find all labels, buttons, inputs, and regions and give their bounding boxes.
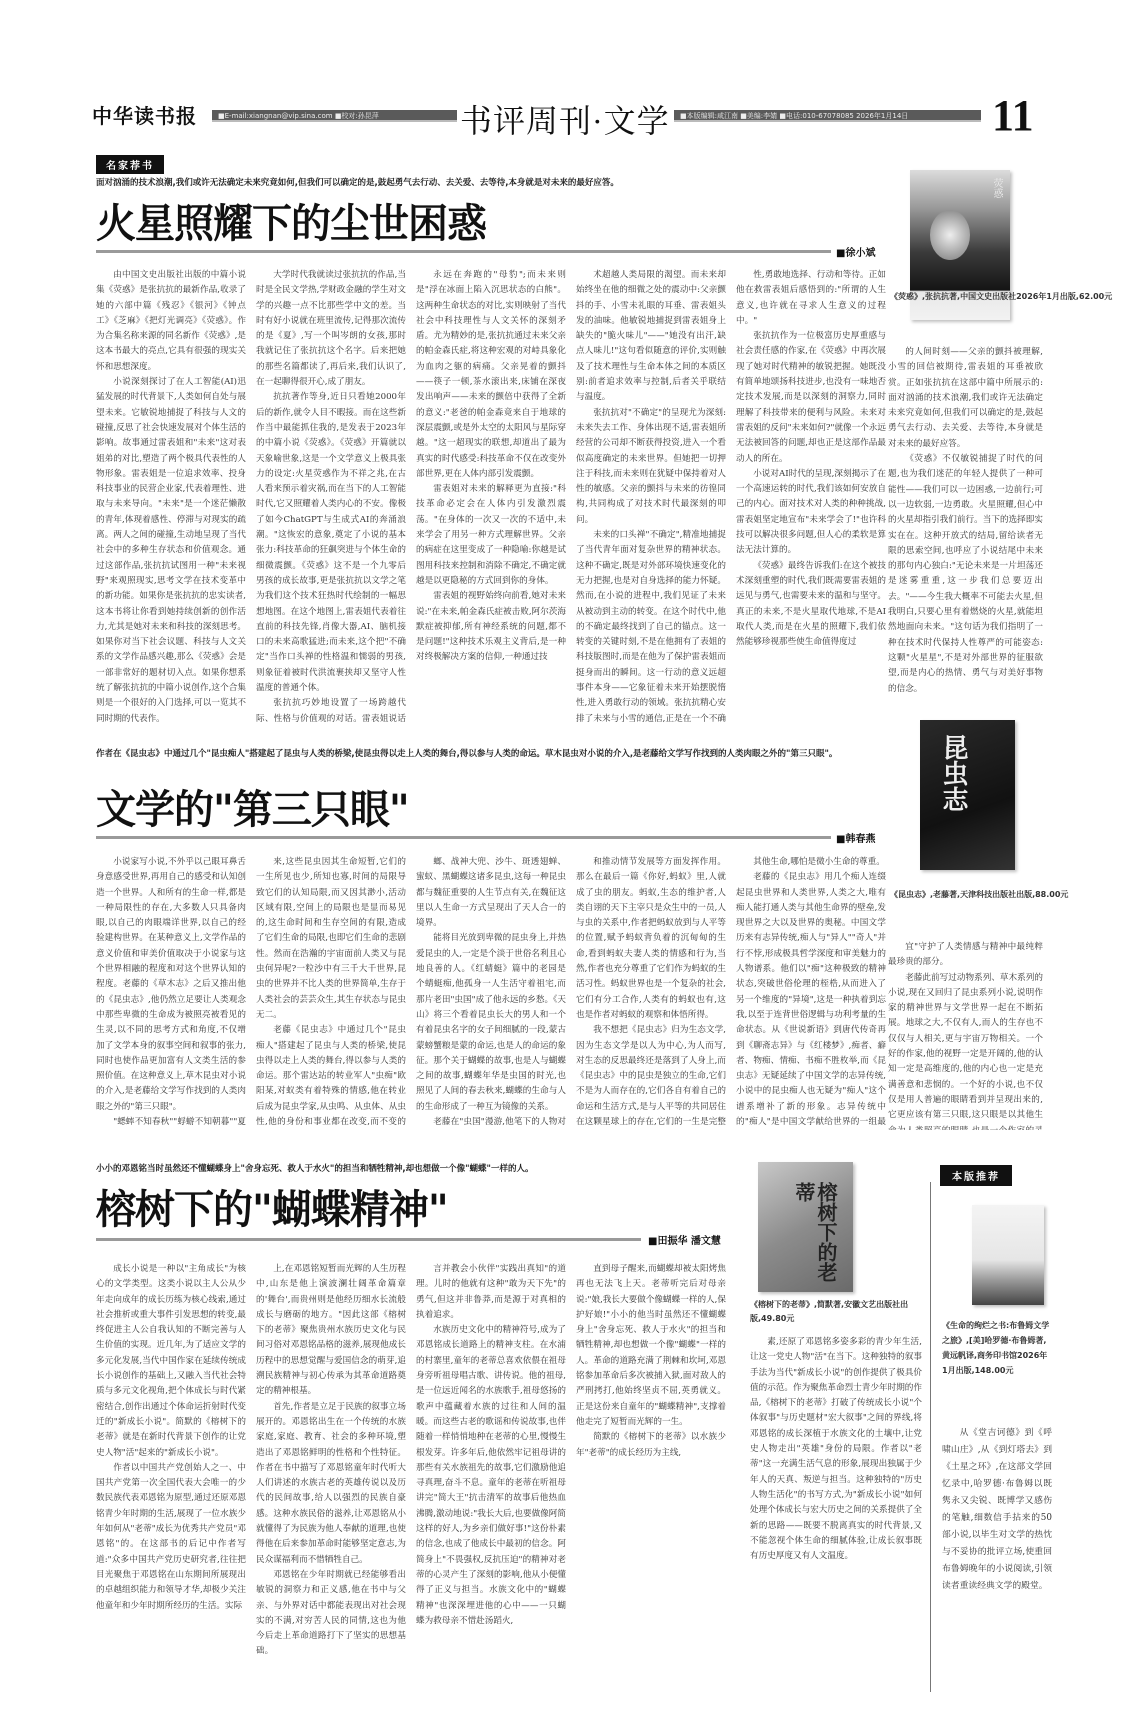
header-info-right: ■本版编辑:咸江南 ■美编:李婧 ■电话:010-67078085 2026年1…	[674, 110, 981, 122]
book-cover-rongshuxia: 榕树下的老蒂	[758, 1162, 853, 1292]
article1-col4: 术超越人类局限的渴望。而未来却始终坐在他的细微之处的震动中:父亲颤抖的手、小雪未…	[576, 268, 726, 723]
article2-body: 小说家写小说,不外乎以己眼耳鼻舌身意感受世界,再用自己的感受和认知创造一个世界。…	[96, 855, 886, 1130]
article1-book-caption: 《荧惑》,张抗抗著,中国文史出版社2026年1月出版,62.00元	[890, 290, 1120, 304]
book-cover-title: 昆虫志	[938, 734, 968, 812]
article3-col3: 言并教会小伙伴"实践出真知"的道理。儿时的他就有这种"敢为天下先"的勇气,但这并…	[416, 1262, 566, 1692]
sidebar-book-caption: 《生命的绚烂之书:布鲁姆文学之旅》,[美]哈罗德·布鲁姆著,黄远帆译,商务印书馆…	[942, 1318, 1052, 1378]
article1-col5: 性,勇敢地选择、行动和等待。正如他在救雷表姐后感悟到的:"所谓的人生意义,也许就…	[736, 268, 886, 723]
article3-body: 成长小说是一种以"主角成长"为核心的文学类型。这类小说以主人公从少年走向成年的成…	[96, 1262, 726, 1692]
article2-col2: 来,这些昆虫因其生命短暂,它们的一生所见也少,所知也寡,时间的局限导致它们的认知…	[256, 855, 406, 1130]
article1-body: 由中国文史出版社出版的中篇小说集《荧惑》是张抗抗的最新作品,收录了她的六部中篇《…	[96, 268, 886, 723]
article3-col5: 素,还原了邓恩铭多姿多彩的青少年生活,让这一党史人物"活"在当下。这种独特的叙事…	[750, 1335, 922, 1692]
header-info-left: ■E-mail:xiangnan@vip.sina.com ■校对:孙昆萍	[212, 110, 457, 122]
article3-byline: ■田振华 潘文慧	[648, 1232, 721, 1247]
book-cover-bloom	[972, 1205, 1044, 1305]
article1-rule	[96, 250, 831, 253]
article1-col1: 由中国文史出版社出版的中篇小说集《荧惑》是张抗抗的最新作品,收录了她的六部中篇《…	[96, 268, 246, 723]
section-title: 书评周刊·文学	[460, 96, 670, 142]
article1-byline: ■徐小斌	[836, 244, 875, 259]
article1-col3: 永远在奔跑的"母豹";而未来则是"浮在冰面上陷入沉思状态的白熊"。这两种生命状态…	[416, 268, 566, 723]
article2-book-caption: 《昆虫志》,老藤著,天津科技出版社出版,88.00元	[890, 888, 1120, 902]
article2-col1: 小说家写小说,不外乎以己眼耳鼻舌身意感受世界,再用自己的感受和认知创造一个世界。…	[96, 855, 246, 1130]
article2-col5: 其他生命,哪怕是微小生命的尊重。老藤的《昆虫志》用几个痴人连缀起昆虫世界和人类世…	[736, 855, 886, 1130]
article3-rule	[96, 1238, 641, 1241]
article2-col3: 螂、战神大兜、沙牛、斑透翅蝉、蜜蚁、黑蝴蝶这诸多昆虫,这每一种昆虫都与魏征重要的…	[416, 855, 566, 1130]
article1-title: 火星照耀下的尘世困惑	[96, 192, 486, 249]
book-cover-kunchongzhi: 昆虫志	[920, 720, 1015, 870]
article2-byline: ■韩春燕	[836, 830, 875, 845]
article1-deck: 面对汹涌的技术浪潮,我们或许无法确定未来究竟如何,但我们可以确定的是,鼓起勇气去…	[96, 177, 796, 190]
book-cover-title: 榕树下的老蒂	[793, 1182, 837, 1292]
page-number: 11	[992, 90, 1034, 141]
article1-col6: 的人间时刻——父亲的颤抖被理解,小雪的回信被期待,雷表姐的耳垂被欣赏。正如张抗抗…	[888, 345, 1043, 723]
article3-book-caption: 《榕树下的老蒂》,简默著,安徽文艺出版社出版,49.80元	[750, 1298, 925, 1326]
article3-col2: 上,在邓恩铭短暂而光辉的人生历程中,山东是他上演波澜壮阔革命篇章的'舞台',而贵…	[256, 1262, 406, 1692]
article2-rule	[96, 836, 831, 839]
book-cover-title: 荧惑	[989, 178, 1004, 198]
newspaper-logo: 中华读书报	[92, 100, 197, 129]
sidebar-text: 从《堂吉诃德》到《呼啸山庄》,从《到灯塔去》到《土星之环》,在这部文学回忆录中,…	[942, 1425, 1052, 1690]
article2-col4: 和推动情节发展等方面发挥作用。那么在最后一篇《你好,蚂蚁》里,人就成了虫的朋友。…	[576, 855, 726, 1130]
article3-title: 榕树下的"蝴蝶精神"	[96, 1178, 448, 1235]
article3-col4: 直到母子醒来,而蝴蝶却被太阳烤焦再也无法飞上天。老蒂听完后对母亲说:"娘,我长大…	[576, 1262, 726, 1692]
article3-deck: 小小的邓恩铭当时虽然还不懂蝴蝶身上"舍身忘死、救人于水火"的担当和牺牲精神,却也…	[96, 1163, 796, 1176]
sidebar-tag: 本版推荐	[940, 1165, 1012, 1186]
masthead: 中华读书报 ■E-mail:xiangnan@vip.sina.com ■校对:…	[92, 96, 1122, 136]
article3-col1: 成长小说是一种以"主角成长"为核心的文学类型。这类小说以主人公从少年走向成年的成…	[96, 1262, 246, 1692]
article2-title: 文学的"第三只眼"	[96, 778, 409, 835]
article1-col2: 大学时代我就读过张抗抗的作品,当时是全民文学热,学财政金融的学生对文学的兴趣一点…	[256, 268, 406, 723]
section-tag: 名家荐书	[96, 155, 164, 174]
article2-deck: 作者在《昆虫志》中通过几个"昆虫痴人"搭建起了昆虫与人类的桥梁,使昆虫得以走上人…	[96, 748, 906, 761]
sidebar-divider	[930, 1182, 931, 1692]
article2-col6: 宜"守护了人类情感与精神中最纯粹最珍贵的部分。老藤此前写过动物系列、草木系列的小…	[888, 940, 1043, 1130]
